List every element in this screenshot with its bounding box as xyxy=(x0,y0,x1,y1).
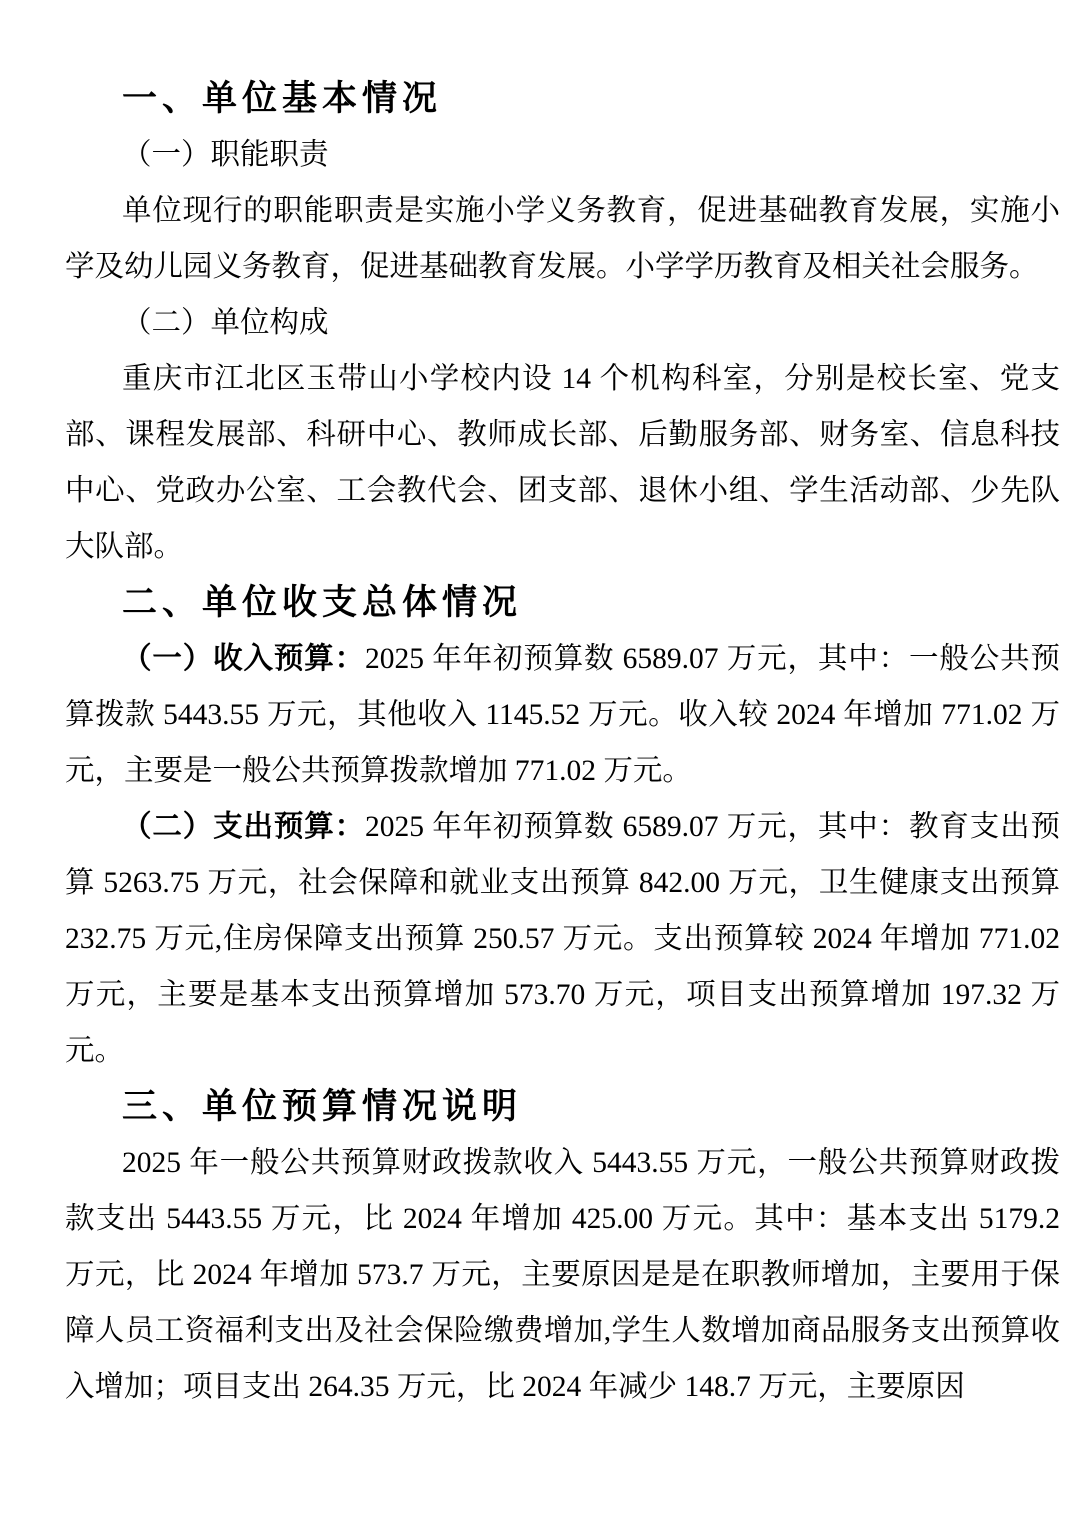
paragraph-expenditure-budget: （二）支出预算：2025 年年初预算数 6589.07 万元，其中：教育支出预算… xyxy=(65,799,1060,1079)
document-page: 一、单位基本情况 （一）职能职责 单位现行的职能职责是实施小学义务教育，促进基础… xyxy=(0,0,1074,1520)
paragraph-duties: 单位现行的职能职责是实施小学义务教育，促进基础教育发展，实施小学及幼儿园义务教育… xyxy=(65,183,1060,295)
document-content: 一、单位基本情况 （一）职能职责 单位现行的职能职责是实施小学义务教育，促进基础… xyxy=(65,71,1060,1415)
paragraph-composition: 重庆市江北区玉带山小学校内设 14 个机构科室，分别是校长室、党支部、课程发展部… xyxy=(65,351,1060,575)
paragraph-budget-explanation: 2025 年一般公共预算财政拨款收入 5443.55 万元，一般公共预算财政拨款… xyxy=(65,1135,1060,1415)
subsection-heading-composition: （二）单位构成 xyxy=(65,295,1060,351)
section-heading-basic-info: 一、单位基本情况 xyxy=(65,71,1060,127)
paragraph-expenditure-budget-lead: （二）支出预算： xyxy=(122,811,365,843)
paragraph-income-budget: （一）收入预算：2025 年年初预算数 6589.07 万元，其中：一般公共预算… xyxy=(65,631,1060,799)
section-heading-revenue-expenditure: 二、单位收支总体情况 xyxy=(65,575,1060,631)
paragraph-expenditure-budget-text: 2025 年年初预算数 6589.07 万元，其中：教育支出预算 5263.75… xyxy=(65,811,1060,1067)
section-heading-budget-explanation: 三、单位预算情况说明 xyxy=(65,1079,1060,1135)
paragraph-income-budget-lead: （一）收入预算： xyxy=(122,643,365,675)
subsection-heading-duties: （一）职能职责 xyxy=(65,127,1060,183)
